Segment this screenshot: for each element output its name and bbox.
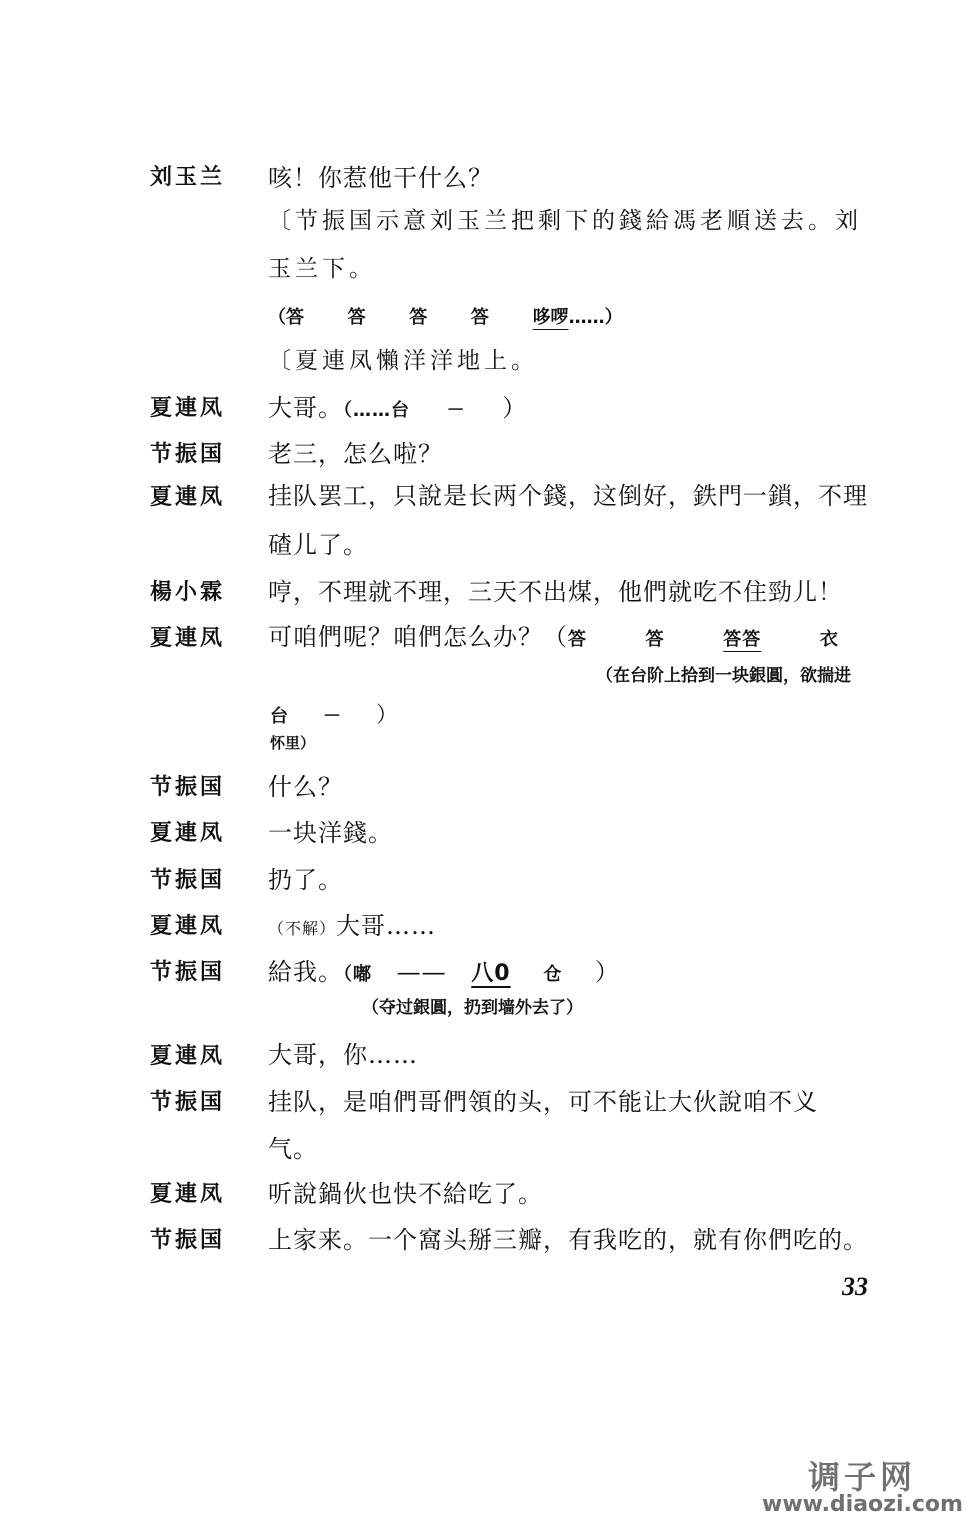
dialogue-line: 咳！你惹他干什么？ xyxy=(268,166,493,190)
speaker-name: 节振国 xyxy=(150,444,225,466)
speaker-name: 夏連凤 xyxy=(150,1046,225,1068)
perc-beat: （嘟 xyxy=(343,964,372,985)
perc-beat: （ xyxy=(543,623,568,651)
speaker-name: 刘玉兰 xyxy=(150,167,225,189)
perc-beat: —— xyxy=(397,960,447,984)
perc-beat: ） xyxy=(502,396,527,420)
dialogue-line: 可咱們呢？咱們怎么办？（答 答 答答 衣 xyxy=(268,625,839,649)
perc-beat: 哆啰 xyxy=(533,309,569,327)
speaker-name: 节振国 xyxy=(150,1092,225,1114)
speaker-name: 节振国 xyxy=(150,777,225,799)
perc-beat: 答答 xyxy=(723,631,761,649)
dialogue-line: （不解）大哥…… xyxy=(268,914,436,938)
dialogue-line: 挂队，是咱們哥們領的头，可不能让大伙說咱不义 xyxy=(268,1090,818,1114)
perc-beat: 答 xyxy=(409,309,427,327)
dialogue-line: 給我。（嘟 —— 八0 仓 ） xyxy=(268,960,620,985)
stage-direction-inline-cont: 怀里） xyxy=(270,736,315,751)
speaker-name: 夏連凤 xyxy=(150,487,225,509)
perc-beat: － xyxy=(323,708,341,726)
dialogue-line: 大哥。（……台 － ） xyxy=(268,396,527,420)
percussion-notation: 台 － ） xyxy=(270,705,398,727)
speaker-name: 夏連凤 xyxy=(150,398,225,420)
speaker-name: 夏連凤 xyxy=(150,1184,225,1206)
watermark-url: www.diaozi.com xyxy=(762,1492,963,1517)
speaker-name: 楊小霖 xyxy=(150,582,225,604)
dialogue-line: 老三，怎么啦？ xyxy=(268,442,443,466)
dialogue-text: 大哥。 xyxy=(268,394,343,422)
perc-beat: ） xyxy=(376,705,398,727)
percussion-notation: （答 答 答 答 哆啰……） xyxy=(268,303,623,327)
dialogue-line: 哼，不理就不理，三天不出煤，他們就吃不住勁儿！ xyxy=(268,580,843,604)
dialogue-line: 什么？ xyxy=(268,775,343,799)
perc-beat: ……） xyxy=(569,307,623,328)
stage-direction: 〔节振国示意刘玉兰把剩下的錢給馮老順送去。刘 xyxy=(268,210,862,233)
dialogue-line: 听說鍋伙也快不給吃了。 xyxy=(268,1182,543,1206)
perc-beat: － xyxy=(447,402,466,420)
dialogue-text: 給我。 xyxy=(268,958,343,986)
dialogue-line: 上家来。一个窩头掰三瓣，有我吃的，就有你們吃的。 xyxy=(268,1228,868,1252)
speaker-name: 夏連凤 xyxy=(150,628,225,650)
perc-beat: 衣 xyxy=(820,631,839,649)
perc-beat: （……台 xyxy=(343,400,410,421)
dialogue-line: 一块洋錢。 xyxy=(268,821,393,845)
perc-beat: 答 xyxy=(348,309,366,327)
dialogue-line-cont: 碴儿了。 xyxy=(268,533,368,557)
speaker-name: 节振国 xyxy=(150,962,225,984)
perc-beat: 仓 xyxy=(543,966,562,984)
speaker-name: 节振国 xyxy=(150,870,225,892)
speaker-name: 夏連凤 xyxy=(150,823,225,845)
dialogue-text: 可咱們呢？咱們怎么办？ xyxy=(268,623,543,651)
perc-beat: ） xyxy=(595,960,620,984)
stage-direction-cont: 玉兰下。 xyxy=(268,258,376,281)
speaker-name: 节振国 xyxy=(150,1230,225,1252)
stage-direction-inline: （不解） xyxy=(268,919,336,938)
perc-beat: 答 xyxy=(568,629,587,650)
page-number: 33 xyxy=(842,1272,868,1302)
perc-beat: 答 xyxy=(646,631,665,649)
dialogue-line-cont: 气。 xyxy=(268,1137,318,1161)
dialogue-line: 扔了。 xyxy=(268,868,343,892)
dialogue-line: 大哥，你…… xyxy=(268,1043,418,1067)
perc-beat: （答 xyxy=(268,307,304,328)
stage-direction: 〔夏連凤懶洋洋地上。 xyxy=(268,350,538,373)
dialogue-text: 大哥…… xyxy=(336,912,436,940)
perc-beat: 答 xyxy=(471,309,489,327)
stage-direction-inline: （夺过銀圓，扔到墙外去了） xyxy=(362,1000,583,1017)
perc-beat: 台 xyxy=(270,706,288,727)
perc-beat: 八0 xyxy=(471,963,510,985)
dialogue-line: 挂队罢工，只說是长两个錢，这倒好，鉄門一鎖，不理 xyxy=(268,484,868,508)
speaker-name: 夏連凤 xyxy=(150,916,225,938)
stage-direction-inline: （在台阶上拾到一块銀圓，欲揣进 xyxy=(596,668,851,685)
